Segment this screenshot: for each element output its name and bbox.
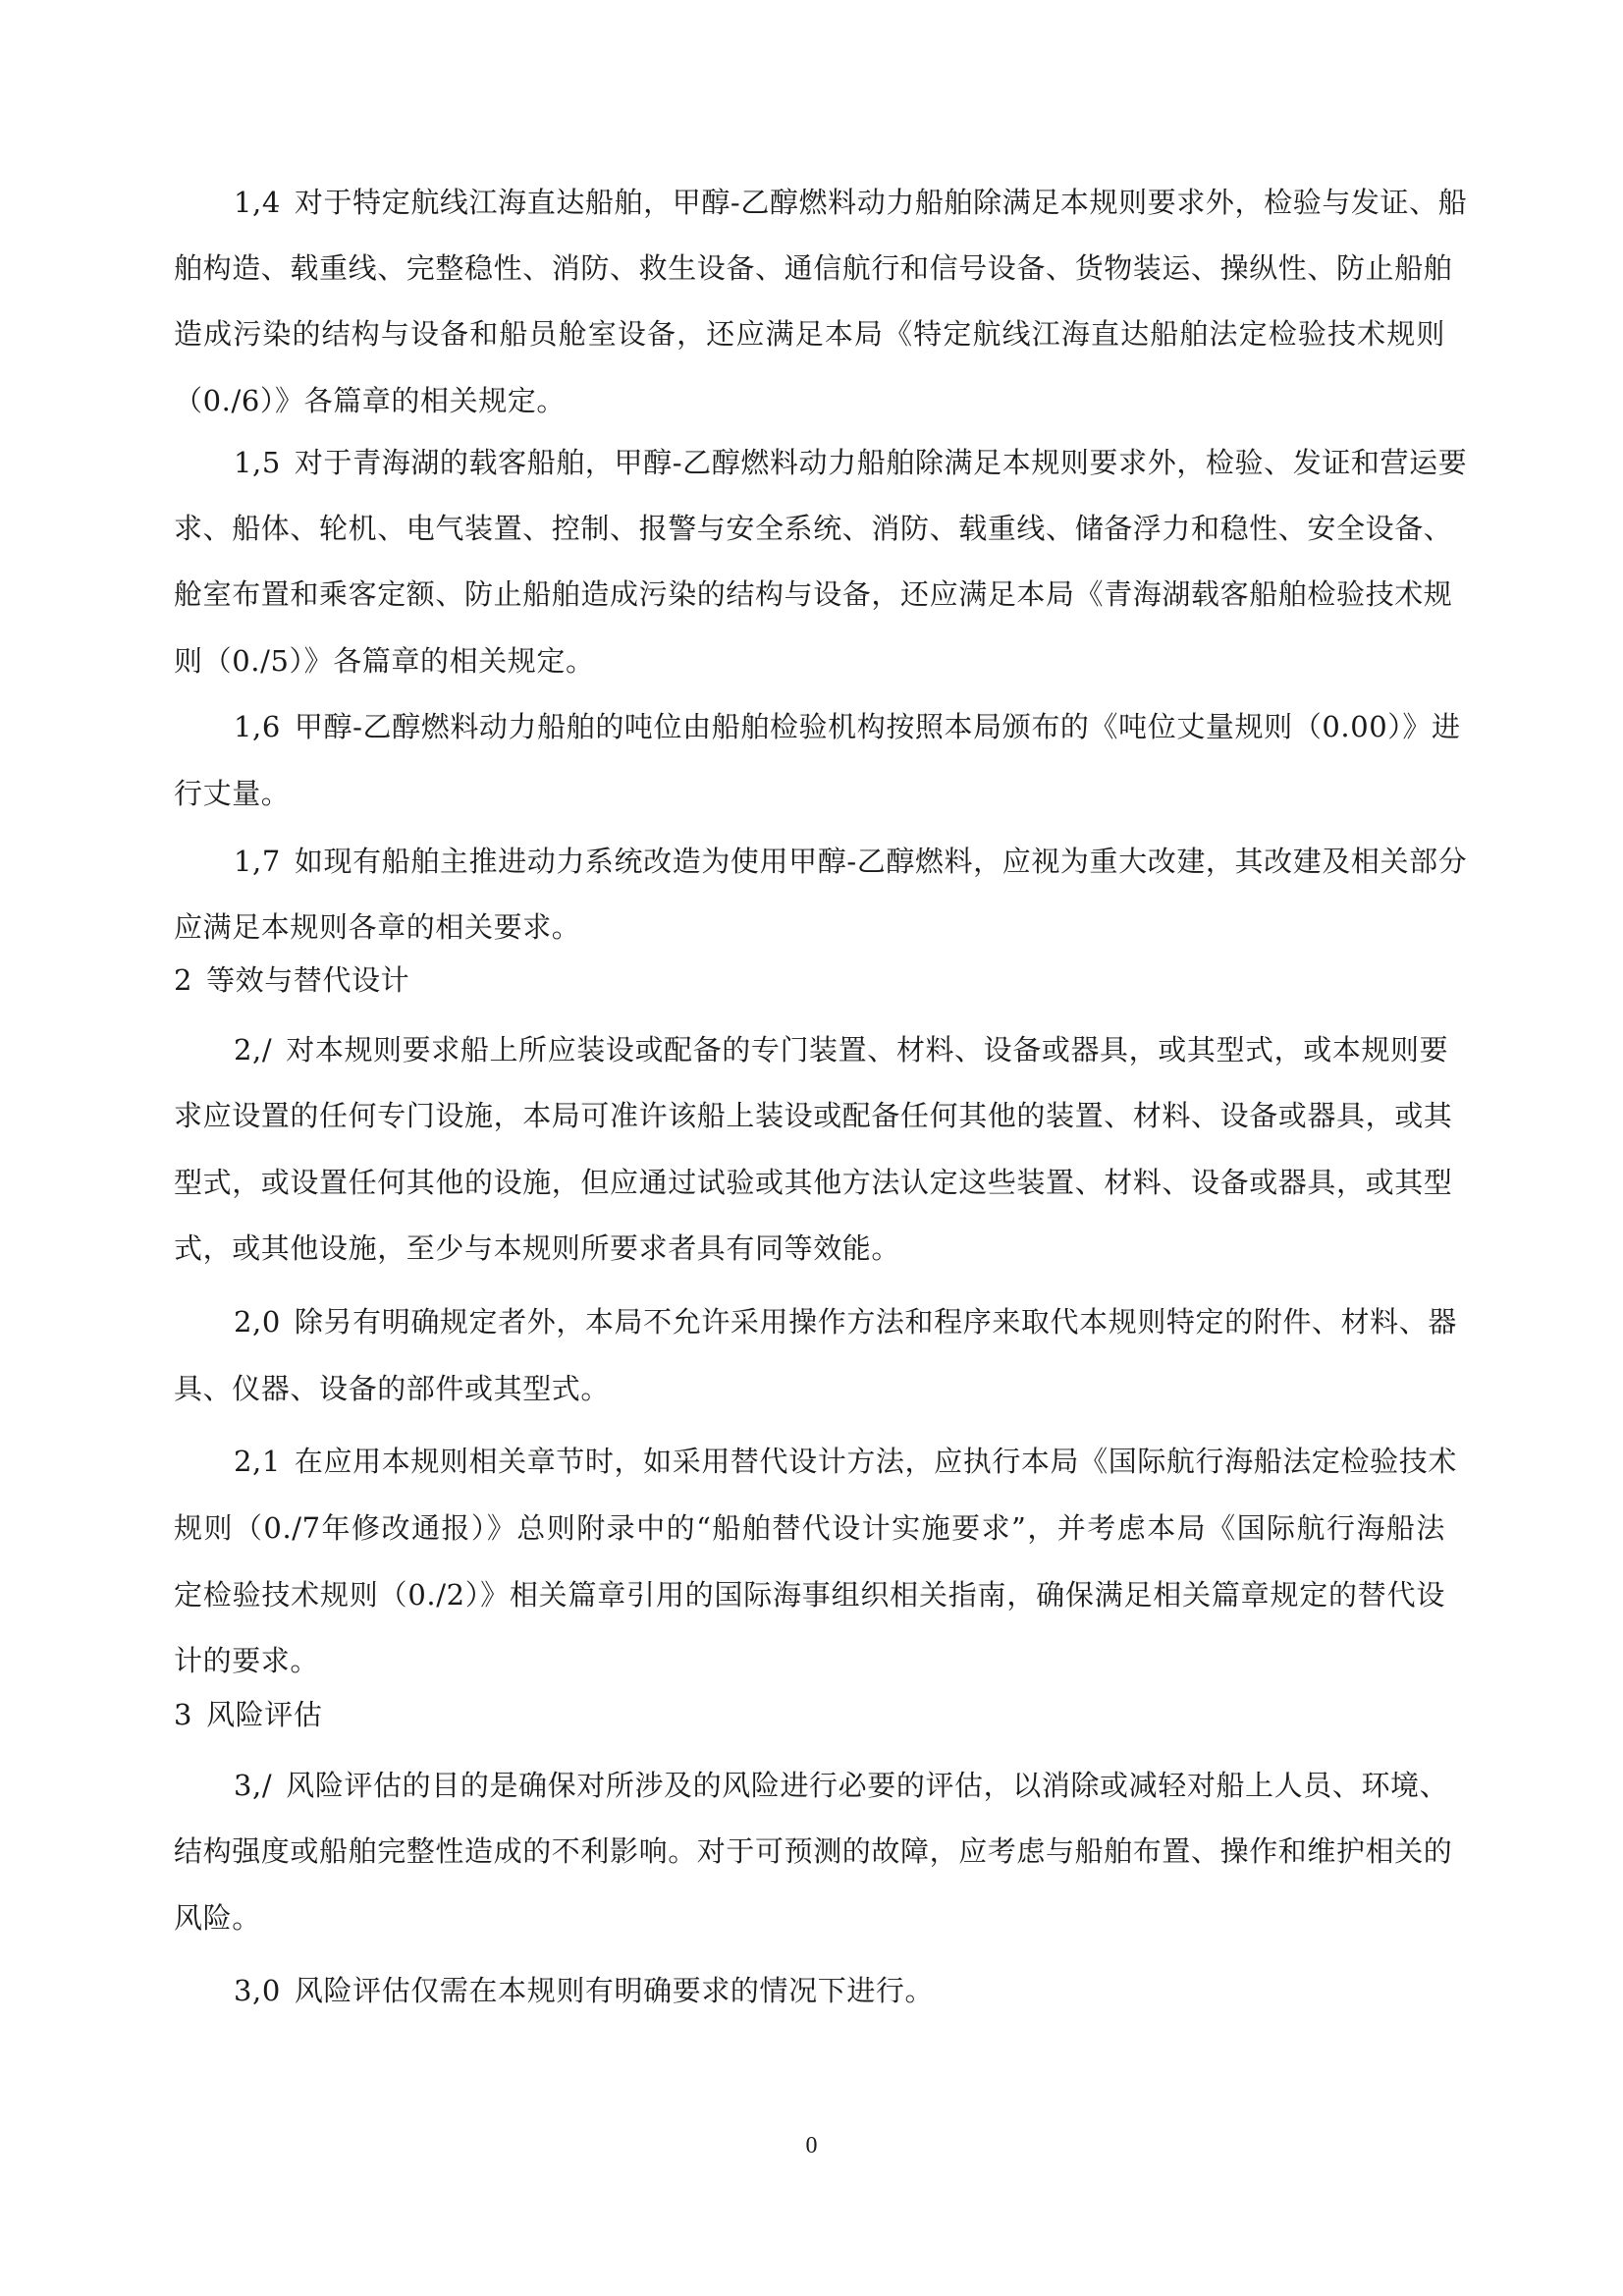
paragraph-1-5-line-3: 舱室布置和乘客定额、防止船舶造成污染的结构与设备，还应满足本局《青海湖载客船舶检… xyxy=(174,574,1445,614)
paragraph-1-7-line-1: 1,7如现有船舶主推进动力系统改造为使用甲醇-乙醇燃料，应视为重大改建，其改建及… xyxy=(234,842,1445,881)
paragraph-2-3-line-1: 2,1在应用本规则相关章节时，如采用替代设计方法，应执行本局《国际航行海船法定检… xyxy=(234,1442,1445,1481)
paragraph-1-4-line-4: （0./6）》各篇章的相关规定。 xyxy=(174,381,1445,420)
paragraph-2-3-line-4: 计的要求。 xyxy=(174,1641,1445,1680)
clause-number: 3,/ xyxy=(234,1769,272,1802)
paragraph-1-4-line-3: 造成污染的结构与设备和船员舱室设备，还应满足本局《特定航线江海直达船舶法定检验技… xyxy=(174,314,1445,354)
paragraph-3-1-line-2: 结构强度或船舶完整性造成的不利影响。对于可预测的故障，应考虑与船舶布置、操作和维… xyxy=(174,1831,1445,1871)
paragraph-1-4-line-1: 1,4对于特定航线江海直达船舶，甲醇-乙醇燃料动力船舶除满足本规则要求外，检验与… xyxy=(234,183,1445,222)
page-number: 0 xyxy=(0,2129,1623,2162)
paragraph-1-7-line-2: 应满足本规则各章的相关要求。 xyxy=(174,907,1445,947)
paragraph-1-6-line-2: 行丈量。 xyxy=(174,774,1445,813)
paragraph-1-6-line-1: 1,6甲醇-乙醇燃料动力船舶的吨位由船舶检验机构按照本局颁布的《吨位丈量规则（0… xyxy=(234,707,1445,746)
paragraph-3-1-line-3: 风险。 xyxy=(174,1898,1445,1938)
clause-number: 1,6 xyxy=(234,710,281,743)
paragraph-2-2-line-2: 具、仪器、设备的部件或其型式。 xyxy=(174,1369,1445,1408)
clause-number: 1,5 xyxy=(234,446,281,479)
paragraph-2-1-line-1: 2,/对本规则要求船上所应装设或配备的专门装置、材料、设备或器具，或其型式，或本… xyxy=(234,1030,1445,1069)
clause-number: 2,0 xyxy=(234,1305,281,1339)
paragraph-2-2-line-1: 2,0除另有明确规定者外，本局不允许采用操作方法和程序来取代本规则特定的附件、材… xyxy=(234,1302,1445,1341)
paragraph-2-3-line-2: 规则（0./7年修改通报）》总则附录中的“船舶替代设计实施要求”，并考虑本局《国… xyxy=(174,1508,1445,1548)
section-heading-3: 3风险评估 xyxy=(174,1695,322,1734)
clause-number: 2,/ xyxy=(234,1033,272,1066)
paragraph-1-5-line-2: 求、船体、轮机、电气装置、控制、报警与安全系统、消防、载重线、储备浮力和稳性、安… xyxy=(174,509,1445,548)
paragraph-1-5-line-4: 则（0./5）》各篇章的相关规定。 xyxy=(174,641,1445,681)
paragraph-2-3-line-3: 定检验技术规则（0./2）》相关篇章引用的国际海事组织相关指南，确保满足相关篇章… xyxy=(174,1575,1445,1614)
paragraph-3-2-line-1: 3,0风险评估仅需在本规则有明确要求的情况下进行。 xyxy=(234,1971,1445,2010)
paragraph-2-1-line-2: 求应设置的任何专门设施，本局可准许该船上装设或配备任何其他的装置、材料、设备或器… xyxy=(174,1096,1445,1135)
document-page: 1,4对于特定航线江海直达船舶，甲醇-乙醇燃料动力船舶除满足本规则要求外，检验与… xyxy=(0,0,1623,2296)
paragraph-2-1-line-3: 型式，或设置任何其他的设施，但应通过试验或其他方法认定这些装置、材料、设备或器具… xyxy=(174,1163,1445,1202)
clause-number: 3,0 xyxy=(234,1974,281,2007)
clause-number: 1,4 xyxy=(234,186,281,219)
paragraph-2-1-line-4: 式，或其他设施，至少与本规则所要求者具有同等效能。 xyxy=(174,1229,1445,1268)
clause-number: 1,7 xyxy=(234,845,281,878)
paragraph-3-1-line-1: 3,/风险评估的目的是确保对所涉及的风险进行必要的评估，以消除或减轻对船上人员、… xyxy=(234,1766,1445,1805)
paragraph-1-5-line-1: 1,5对于青海湖的载客船舶，甲醇-乙醇燃料动力船舶除满足本规则要求外，检验、发证… xyxy=(234,443,1445,482)
clause-number: 2,1 xyxy=(234,1445,281,1478)
paragraph-1-4-line-2: 舶构造、载重线、完整稳性、消防、救生设备、通信航行和信号设备、货物装运、操纵性、… xyxy=(174,248,1445,288)
section-heading-2: 2等效与替代设计 xyxy=(174,960,409,1000)
